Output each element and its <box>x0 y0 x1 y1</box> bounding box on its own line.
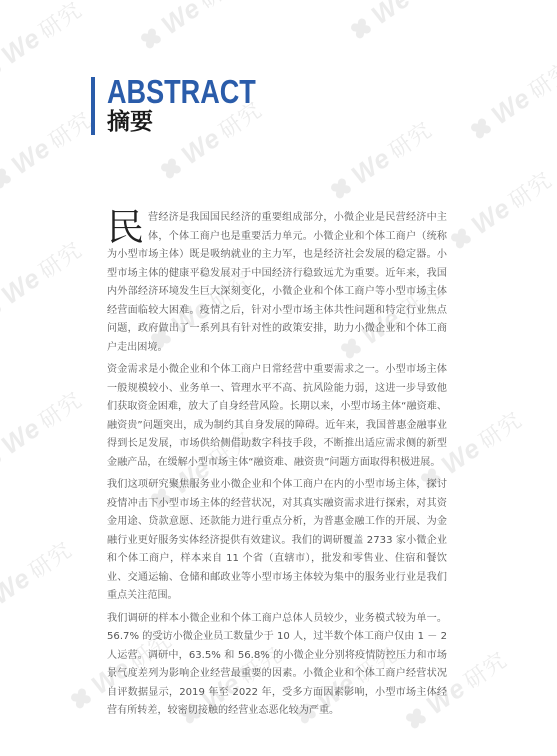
drop-cap: 民 <box>107 211 144 245</box>
title-english: ABSTRACT <box>107 75 256 108</box>
paragraph-1: 民营经济是我国国民经济的重要组成部分，小微企业是民营经济中主体，个体工商户也是重… <box>107 209 447 357</box>
title-accent-bar <box>91 77 95 135</box>
paragraph-4: 我们调研的样本小微企业和个体工商户总体人员较少，业务模式较为单一。56.7% 的… <box>107 610 447 721</box>
title-chinese: 摘要 <box>107 109 153 135</box>
paragraph-3: 我们这项研究聚焦服务业小微企业和个体工商户在内的小型市场主体，探讨疫情冲击下小型… <box>107 476 447 606</box>
paragraph-text: 我们这项研究聚焦服务业小微企业和个体工商户在内的小型市场主体，探讨疫情冲击下小型… <box>107 479 447 601</box>
abstract-page: ABSTRACT 摘要 民营经济是我国国民经济的重要组成部分，小微企业是民营经济… <box>0 0 557 756</box>
paragraph-text: 我们调研的样本小微企业和个体工商户总体人员较少，业务模式较为单一。56.7% 的… <box>107 613 447 717</box>
abstract-body: 民营经济是我国国民经济的重要组成部分，小微企业是民营经济中主体，个体工商户也是重… <box>107 209 447 725</box>
paragraph-text: 营经济是我国国民经济的重要组成部分，小微企业是民营经济中主体，个体工商户也是重要… <box>107 212 447 353</box>
paragraph-2: 资金需求是小微企业和个体工商户日常经营中重要需求之一。小型市场主体一般规模较小、… <box>107 361 447 472</box>
paragraph-text: 资金需求是小微企业和个体工商户日常经营中重要需求之一。小型市场主体一般规模较小、… <box>107 364 447 468</box>
